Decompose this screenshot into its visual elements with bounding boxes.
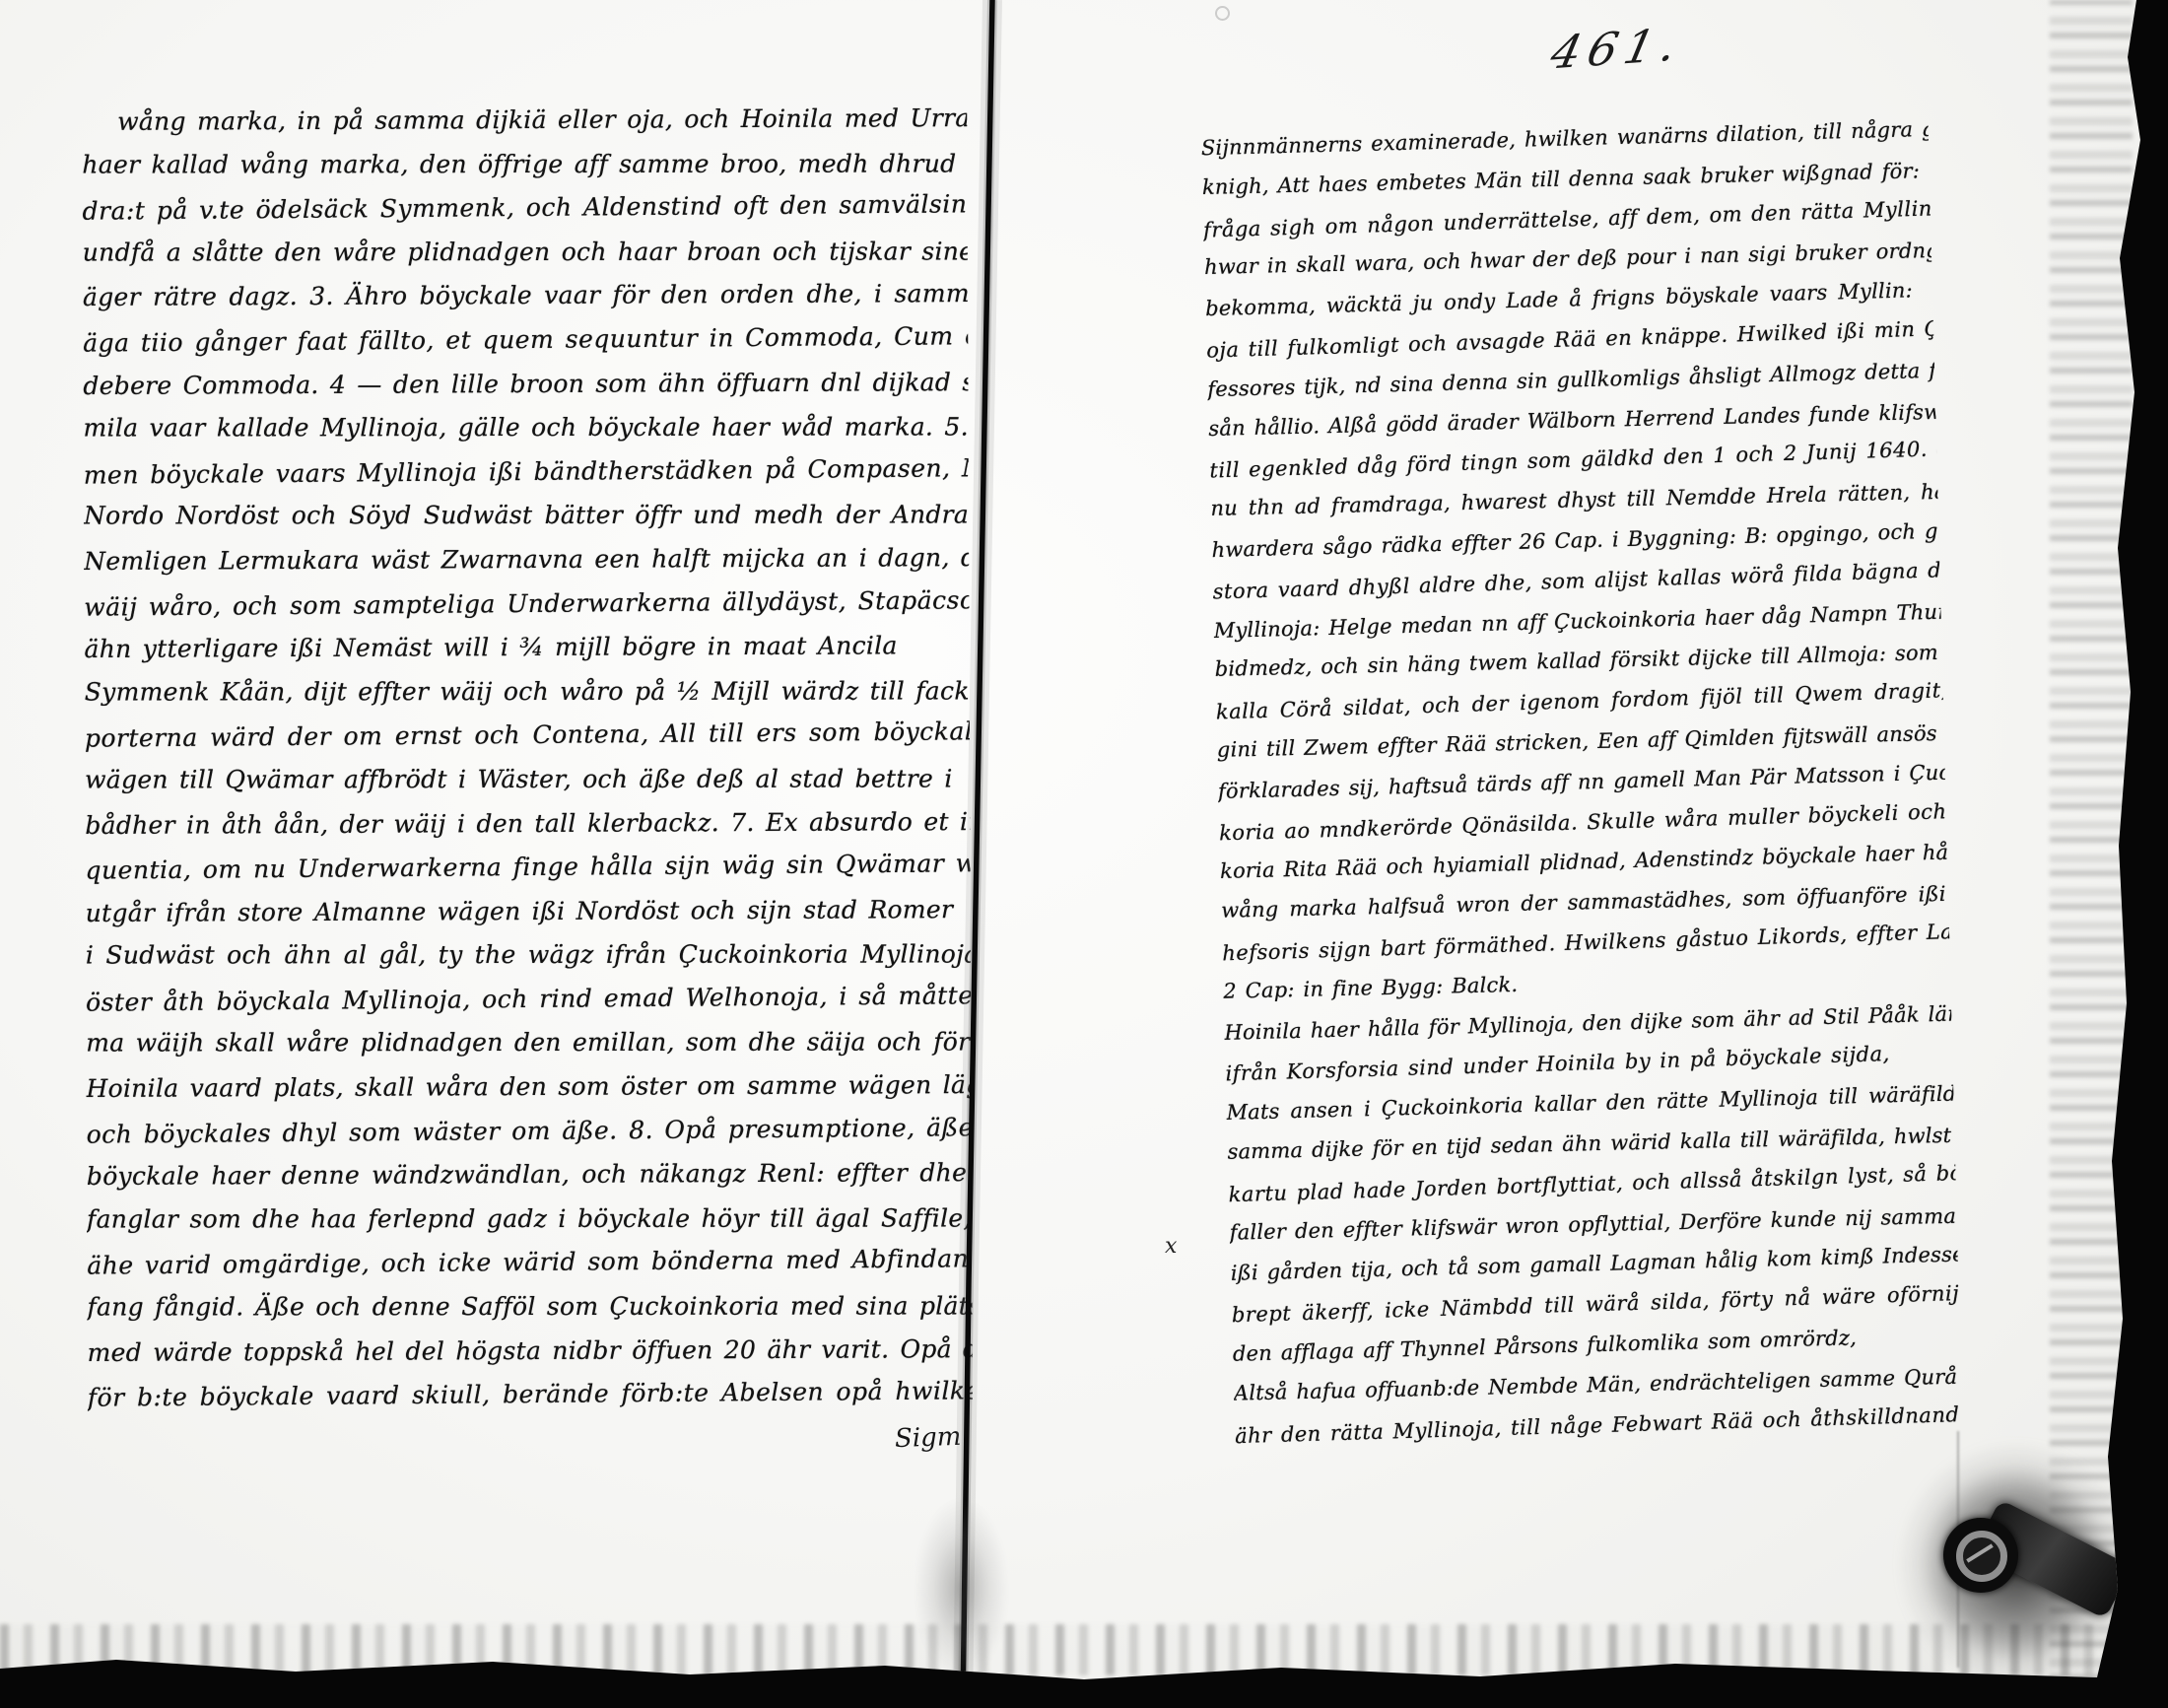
clasp-ring	[1956, 1531, 2007, 1582]
book-gutter	[0, 0, 2168, 1708]
book-clasp-rivet	[1943, 1518, 2018, 1593]
gutter-smudge	[915, 1498, 1008, 1680]
manuscript-scan: 461. wång marka, in på samma dijkiä elle…	[0, 0, 2168, 1708]
book-spread-paper: 461. wång marka, in på samma dijkiä elle…	[0, 0, 2168, 1708]
